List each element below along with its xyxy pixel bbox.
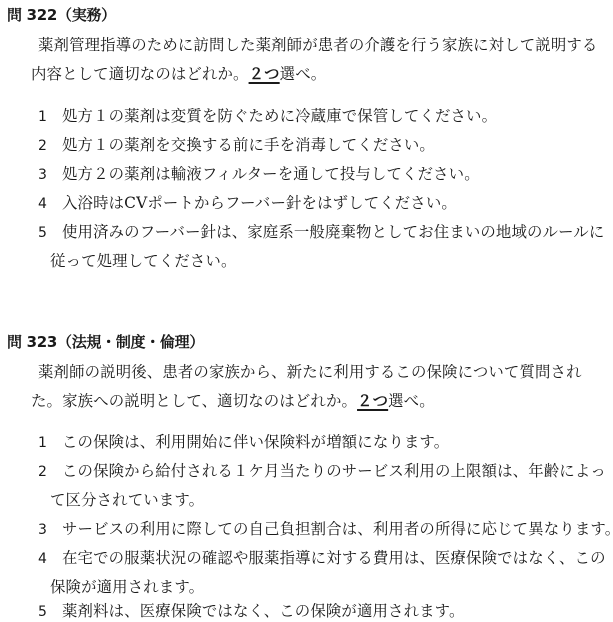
option-number: 5	[38, 602, 62, 622]
option-5: 5使用済みのフーバー針は、家庭系一般廃棄物としてお住まいの地域のルールに	[38, 222, 604, 243]
question-header: 問 322（実務）	[7, 6, 116, 24]
option-1: 1処方１の薬剤は変質を防ぐために冷蔵庫で保管してください。	[38, 106, 497, 127]
option-4: 4入浴時はCVポートからフーバー針をはずしてください。	[38, 193, 457, 214]
question-stem-line-1: 薬剤師の説明後、患者の家族から、新たに利用するこの保険について質問され	[38, 362, 582, 382]
option-3: 3処方２の薬剤は輸液フィルターを通して投与してください。	[38, 164, 480, 185]
question-header: 問 323（法規・制度・倫理）	[7, 333, 204, 351]
select-count-emphasis: ２つ	[249, 65, 280, 83]
option-2: 2この保険から給付される１ケ月当たりのサービス利用の上限額は、年齢によっ	[38, 461, 606, 482]
option-2-continuation: て区分されています。	[50, 490, 204, 510]
stem-text: た。家族への説明として、適切なのはどれか。	[31, 392, 357, 410]
option-text: この保険は、利用開始に伴い保険料が増額になります。	[62, 433, 449, 451]
option-number: 3	[38, 520, 62, 540]
option-5-continuation: 従って処理してください。	[50, 251, 237, 271]
option-text: 薬剤料は、医療保険ではなく、この保険が適用されます。	[62, 602, 465, 620]
option-text: 入浴時はCVポートからフーバー針をはずしてください。	[62, 194, 457, 212]
option-number: 3	[38, 165, 62, 185]
option-text: 処方２の薬剤は輸液フィルターを通して投与してください。	[62, 165, 480, 183]
option-text: 処方１の薬剤を交換する前に手を消毒してください。	[62, 136, 435, 154]
stem-text: 選べ。	[280, 65, 327, 83]
option-number: 2	[38, 462, 62, 482]
option-number: 1	[38, 433, 62, 453]
option-number: 4	[38, 549, 62, 569]
option-1: 1この保険は、利用開始に伴い保険料が増額になります。	[38, 432, 449, 453]
option-4: 4在宅での服薬状況の確認や服薬指導に対する費用は、医療保険ではなく、この	[38, 548, 606, 569]
option-text: 在宅での服薬状況の確認や服薬指導に対する費用は、医療保険ではなく、この	[62, 549, 606, 567]
question-stem-line-2: た。家族への説明として、適切なのはどれか。２つ選べ。	[31, 391, 435, 411]
option-number: 2	[38, 136, 62, 156]
option-3: 3サービスの利用に際しての自己負担割合は、利用者の所得に応じて異なります。	[38, 519, 613, 540]
option-text: この保険から給付される１ケ月当たりのサービス利用の上限額は、年齢によっ	[62, 462, 606, 480]
option-text: サービスの利用に際しての自己負担割合は、利用者の所得に応じて異なります。	[62, 520, 613, 538]
option-4-continuation: 保険が適用されます。	[50, 577, 204, 597]
option-number: 1	[38, 107, 62, 127]
stem-text: 選べ。	[388, 392, 435, 410]
option-2: 2処方１の薬剤を交換する前に手を消毒してください。	[38, 135, 435, 156]
select-count-emphasis: ２つ	[357, 392, 388, 410]
option-number: 4	[38, 194, 62, 214]
stem-text: 内容として適切なのはどれか。	[31, 65, 249, 83]
option-number: 5	[38, 223, 62, 243]
question-stem-line-1: 薬剤管理指導のために訪問した薬剤師が患者の介護を行う家族に対して説明する	[38, 35, 597, 55]
option-text: 処方１の薬剤は変質を防ぐために冷蔵庫で保管してください。	[62, 107, 497, 125]
option-text: 使用済みのフーバー針は、家庭系一般廃棄物としてお住まいの地域のルールに	[62, 223, 604, 241]
question-stem-line-2: 内容として適切なのはどれか。２つ選べ。	[31, 64, 326, 84]
option-5: 5薬剤料は、医療保険ではなく、この保険が適用されます。	[38, 601, 465, 622]
